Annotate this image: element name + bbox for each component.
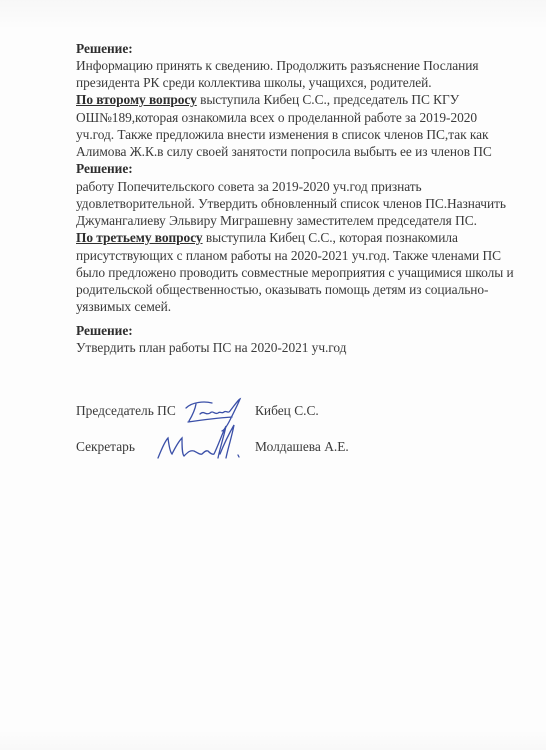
- chairman-role: Председатель ПС: [76, 402, 176, 419]
- decision-heading-2: Решение:: [76, 160, 133, 177]
- secretary-role: Секретарь: [76, 438, 135, 455]
- question-3-line-5: уязвимых семей.: [76, 298, 171, 315]
- secretary-name: Молдашева А.Е.: [255, 438, 349, 455]
- question-3-text: выступила Кибец С.С., которая познакомил…: [203, 230, 458, 245]
- chairman-name: Кибец С.С.: [255, 402, 319, 419]
- question-2-text: выступила Кибец С.С., председатель ПС КГ…: [197, 92, 459, 107]
- decision-1-line-1: Информацию принять к сведению. Продолжит…: [76, 57, 479, 74]
- question-3-line-4: родительской общественностью, оказывать …: [76, 281, 488, 298]
- question-2-line-1: По второму вопросу выступила Кибец С.С.,…: [76, 91, 459, 108]
- question-3-line-1: По третьему вопросу выступила Кибец С.С.…: [76, 229, 458, 246]
- decision-2-line-3: Джумангалиеву Эльвиру Миграшевну замести…: [76, 212, 477, 229]
- question-3-line-2: присутствующих с планом работы на 2020-2…: [76, 247, 501, 264]
- decision-2-line-2: удовлетворительной. Утвердить обновленны…: [76, 195, 506, 212]
- question-2-line-3: уч.год. Также предложила внести изменени…: [76, 126, 488, 143]
- decision-heading-3: Решение:: [76, 322, 133, 339]
- decision-1-line-2: президента РК среди коллектива школы, уч…: [76, 74, 432, 91]
- secretary-signature: [154, 424, 246, 464]
- question-3-lead: По третьему вопросу: [76, 230, 203, 245]
- decision-3-line-1: Утвердить план работы ПС на 2020-2021 уч…: [76, 339, 346, 356]
- question-2-lead: По второму вопросу: [76, 92, 197, 107]
- question-2-line-2: ОШ№189,которая ознакомила всех о продела…: [76, 109, 477, 126]
- question-2-line-4: Алимова Ж.К.в силу своей занятости попро…: [76, 143, 492, 160]
- question-3-line-3: было предложено проводить совместные мер…: [76, 264, 514, 281]
- decision-2-line-1: работу Попечительского совета за 2019-20…: [76, 178, 422, 195]
- decision-heading-1: Решение:: [76, 40, 133, 57]
